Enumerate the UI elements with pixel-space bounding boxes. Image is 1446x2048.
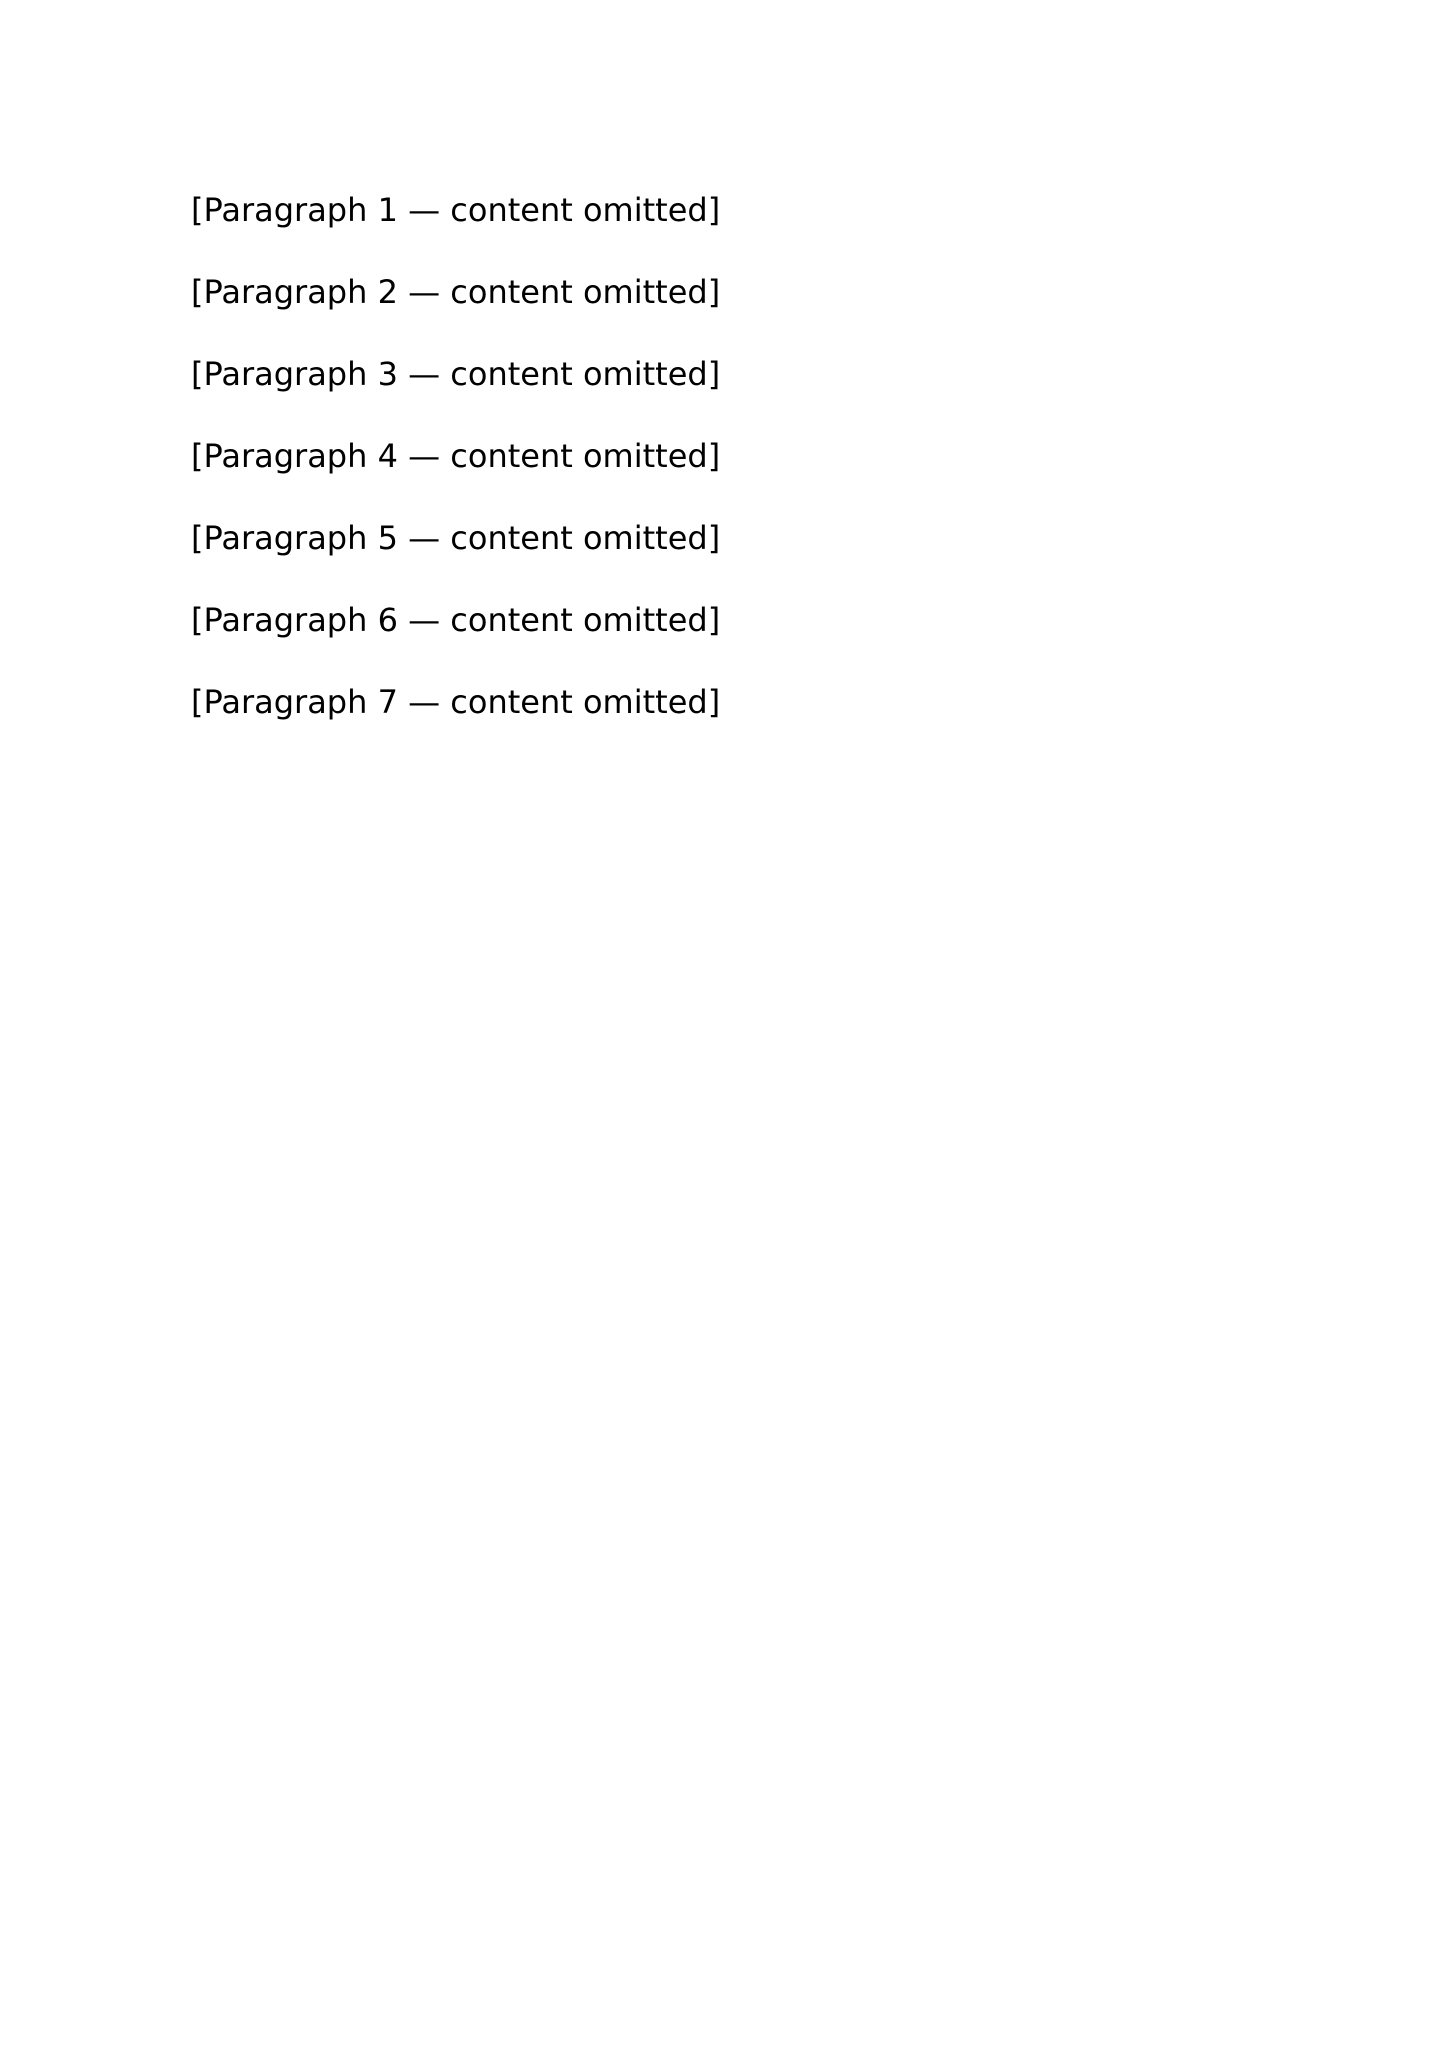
paragraph: [Paragraph 2 — content omitted] (115, 272, 1330, 312)
paragraph: [Paragraph 5 — content omitted] (115, 518, 1330, 558)
paragraph: [Paragraph 4 — content omitted] (115, 436, 1330, 476)
paragraph: [Paragraph 6 — content omitted] (115, 600, 1330, 640)
paragraph: [Paragraph 3 — content omitted] (115, 354, 1330, 394)
paragraph: [Paragraph 7 — content omitted] (115, 682, 1330, 722)
paragraph: [Paragraph 1 — content omitted] (115, 190, 1330, 230)
document-body: [Paragraph 1 — content omitted] [Paragra… (115, 190, 1330, 764)
